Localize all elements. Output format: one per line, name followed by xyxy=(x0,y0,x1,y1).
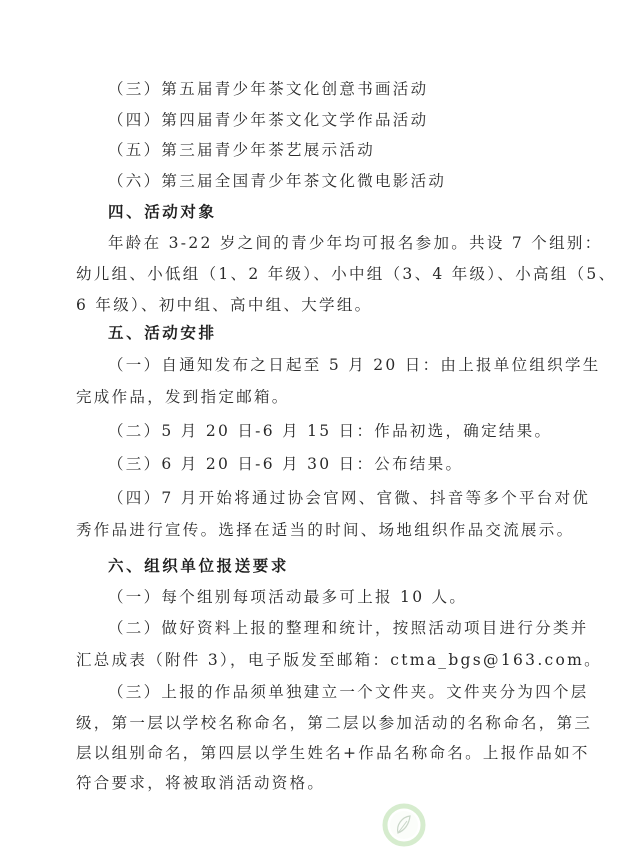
paragraph-line: （二）5 月 20 日-6 月 15 日：作品初选，确定结果。 xyxy=(108,421,552,441)
paragraph-line: （一）每个组别每项活动最多可上报 10 人。 xyxy=(108,587,467,607)
paragraph-line: 幼儿组、小低组（1、2 年级）、小中组（3、4 年级）、小高组（5、 xyxy=(76,264,616,284)
paragraph-line: 级，第一层以学校名称命名，第二层以参加活动的名称命名，第三 xyxy=(76,713,592,733)
paragraph-line: 符合要求，将被取消活动资格。 xyxy=(76,773,325,793)
section-heading: 五、活动安排 xyxy=(108,323,217,343)
paragraph-line: 层以组别命名，第四层以学生姓名+作品名称命名。上报作品如不 xyxy=(76,743,590,763)
list-item: （三）第五届青少年茶文化创意书画活动 xyxy=(108,79,428,99)
list-item: （六）第三届全国青少年茶文化微电影活动 xyxy=(108,171,446,191)
paragraph-line: （三）上报的作品须单独建立一个文件夹。文件夹分为四个层 xyxy=(108,682,589,702)
section-heading: 六、组织单位报送要求 xyxy=(108,556,289,576)
paragraph-line: （三）6 月 20 日-6 月 30 日：公布结果。 xyxy=(108,454,463,474)
paragraph-line: （一）自通知发布之日起至 5 月 20 日：由上报单位组织学生 xyxy=(108,355,601,375)
list-item: （四）第四届青少年茶文化文学作品活动 xyxy=(108,110,428,130)
paragraph-line: 汇总成表（附件 3），电子版发至邮箱：ctma_bgs@163.com。 xyxy=(76,650,602,670)
paragraph-line: 完成作品，发到指定邮箱。 xyxy=(76,387,290,407)
paragraph-line: （四）7 月开始将通过协会官网、官微、抖音等多个平台对优 xyxy=(108,488,590,508)
paragraph-line: 年龄在 3-22 岁之间的青少年均可报名参加。共设 7 个组别： xyxy=(108,233,603,253)
list-item: （五）第三届青少年茶艺展示活动 xyxy=(108,140,375,160)
tea-leaf-logo-icon xyxy=(382,803,426,847)
section-heading: 四、活动对象 xyxy=(108,202,217,222)
paragraph-line: 6 年级）、初中组、高中组、大学组。 xyxy=(76,295,372,315)
paragraph-line: （二）做好资料上报的整理和统计，按照活动项目进行分类并 xyxy=(108,618,589,638)
paragraph-line: 秀作品进行宣传。选择在适当的时间、场地组织作品交流展示。 xyxy=(76,520,574,540)
